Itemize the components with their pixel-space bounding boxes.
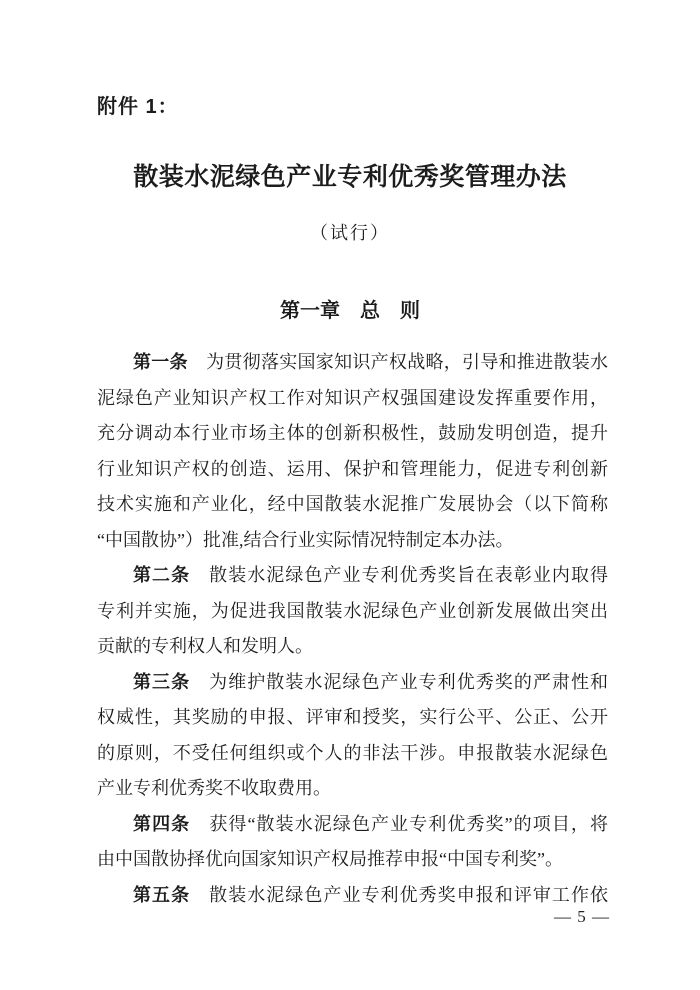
body-line: 第四条 获得“散装水泥绿色产业专利优秀奖”的项目，将: [97, 807, 608, 843]
line-text: 的原则，不受任何组织或个人的非法干涉。申报散装水泥绿色: [97, 743, 608, 763]
body-line: 第一条 为贯彻落实国家知识产权战略，引导和推进散装水: [97, 345, 608, 381]
line-text: 行业知识产权的创造、运用、保护和管理能力，促进专利创新: [97, 459, 608, 479]
page-number: — 5 —: [554, 907, 610, 927]
article-number: 第四条: [133, 814, 190, 834]
line-text: 产业专利优秀奖不收取费用。: [97, 778, 331, 798]
line-text: 散装水泥绿色产业专利优秀奖申报和评审工作依: [190, 885, 608, 905]
article-number: 第二条: [133, 565, 190, 585]
body-line: 第三条 为维护散装水泥绿色产业专利优秀奖的严肃性和: [97, 665, 608, 701]
attachment-label: 附件 1：: [97, 90, 179, 119]
line-text: 技术实施和产业化，经中国散装水泥推广发展协会（以下简称: [97, 494, 608, 514]
line-text: 为维护散装水泥绿色产业专利优秀奖的严肃性和: [190, 672, 608, 692]
line-text: 由中国散协择优向国家知识产权局推荐申报“中国专利奖”。: [97, 849, 563, 869]
line-text: 充分调动本行业市场主体的创新积极性，鼓励发明创造，提升: [97, 423, 608, 443]
article-number: 第一条: [133, 352, 188, 372]
body-text: 第一条 为贯彻落实国家知识产权战略，引导和推进散装水泥绿色产业知识产权工作对知识…: [97, 345, 608, 913]
article-number: 第三条: [133, 672, 190, 692]
body-line: 由中国散协择优向国家知识产权局推荐申报“中国专利奖”。: [97, 842, 608, 878]
body-line: 行业知识产权的创造、运用、保护和管理能力，促进专利创新: [97, 452, 608, 488]
body-line: 第二条 散装水泥绿色产业专利优秀奖旨在表彰业内取得: [97, 558, 608, 594]
line-text: “中国散协”）批准,结合行业实际情况特制定本办法。: [97, 530, 513, 550]
article-number: 第五条: [133, 885, 190, 905]
body-line: 的原则，不受任何组织或个人的非法干涉。申报散装水泥绿色: [97, 736, 608, 772]
line-text: 为贯彻落实国家知识产权战略，引导和推进散装水: [188, 352, 608, 372]
body-line: 专利并实施，为促进我国散装水泥绿色产业创新发展做出突出: [97, 594, 608, 630]
body-line: “中国散协”）批准,结合行业实际情况特制定本办法。: [97, 523, 608, 559]
document-subtitle: （试行）: [0, 219, 700, 245]
line-text: 泥绿色产业知识产权工作对知识产权强国建设发挥重要作用，: [97, 388, 608, 408]
line-text: 专利并实施，为促进我国散装水泥绿色产业创新发展做出突出: [97, 601, 608, 621]
chapter-heading: 第一章 总 则: [0, 294, 700, 323]
line-text: 获得“散装水泥绿色产业专利优秀奖”的项目，将: [190, 814, 608, 834]
document-title: 散装水泥绿色产业专利优秀奖管理办法: [0, 162, 700, 194]
document-page: 附件 1： 散装水泥绿色产业专利优秀奖管理办法 （试行） 第一章 总 则 第一条…: [0, 0, 700, 990]
body-line: 第五条 散装水泥绿色产业专利优秀奖申报和评审工作依: [97, 878, 608, 914]
line-text: 权威性，其奖励的申报、评审和授奖，实行公平、公正、公开: [97, 707, 608, 727]
line-text: 贡献的专利权人和发明人。: [97, 636, 313, 656]
body-line: 权威性，其奖励的申报、评审和授奖，实行公平、公正、公开: [97, 700, 608, 736]
line-text: 散装水泥绿色产业专利优秀奖旨在表彰业内取得: [190, 565, 608, 585]
body-line: 泥绿色产业知识产权工作对知识产权强国建设发挥重要作用，: [97, 381, 608, 417]
body-line: 产业专利优秀奖不收取费用。: [97, 771, 608, 807]
body-line: 技术实施和产业化，经中国散装水泥推广发展协会（以下简称: [97, 487, 608, 523]
body-line: 贡献的专利权人和发明人。: [97, 629, 608, 665]
body-line: 充分调动本行业市场主体的创新积极性，鼓励发明创造，提升: [97, 416, 608, 452]
